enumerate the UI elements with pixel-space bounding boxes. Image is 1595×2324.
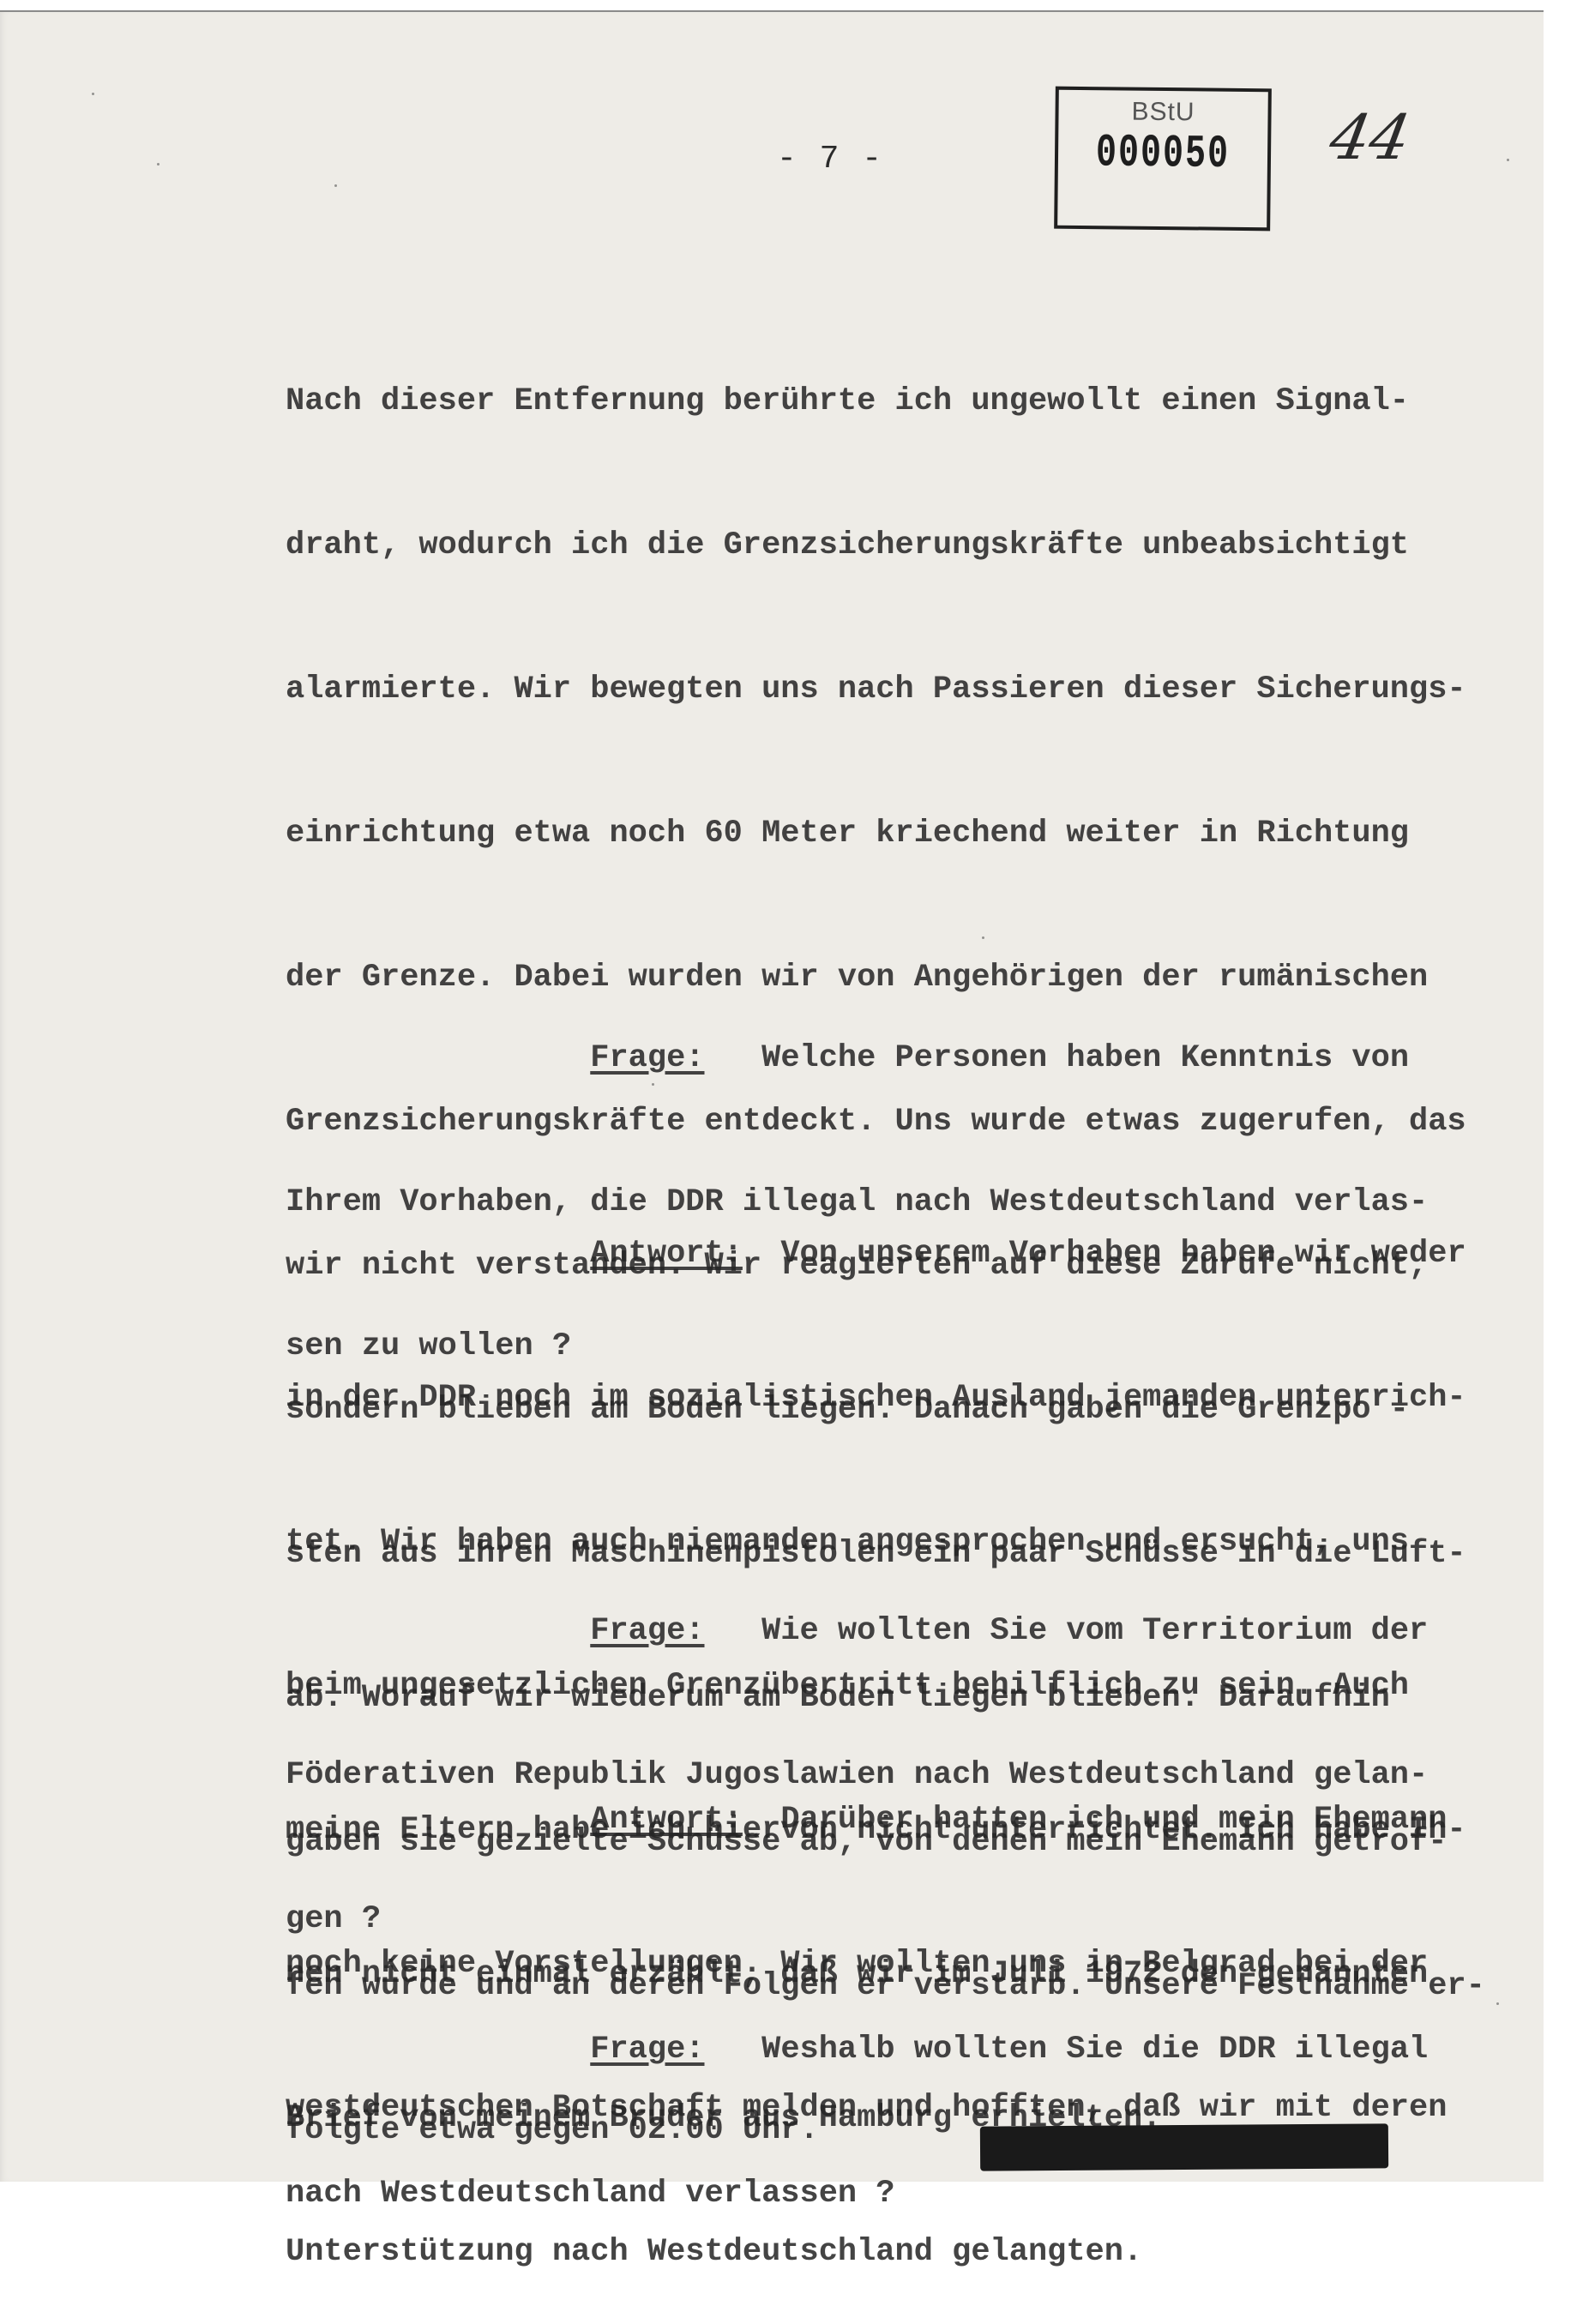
text-line: einrichtung etwa noch 60 Meter kriechend… (286, 810, 1485, 858)
paper-speck (334, 184, 337, 187)
page-number: - 7 - (777, 141, 883, 178)
text-line: nach Westdeutschland verlassen ? (286, 2170, 1428, 2195)
question-first-line: Frage: Welche Personen haben Kenntnis vo… (286, 1034, 1428, 1082)
stamp-number: 000050 (1058, 128, 1268, 182)
question-text: Weshalb wollten Sie die DDR illegal (705, 2032, 1429, 2068)
paper-speck (92, 93, 94, 95)
text-line: Nach dieser Entfernung berührte ich unge… (286, 377, 1485, 425)
question-text: Wie wollten Sie vom Territorium der (705, 1613, 1429, 1649)
paper-speck (157, 163, 159, 166)
text-line: alarmierte. Wir bewegten uns nach Passie… (286, 665, 1485, 713)
paper-speck (1496, 2002, 1499, 2005)
stamp-label: BStU (1058, 97, 1267, 129)
question-label: Frage: (590, 2032, 704, 2068)
redaction-bar (980, 2123, 1388, 2170)
question-first-line: Frage: Weshalb wollten Sie die DDR illeg… (286, 2026, 1428, 2074)
answer-text: Darüber hatten ich und mein Ehemann (743, 1802, 1448, 1838)
answer-text: Von unserem Vorhaben haben wir weder (743, 1236, 1466, 1272)
archive-stamp: BStU 000050 (1054, 87, 1272, 232)
handwritten-folio-number: 44 (1325, 101, 1416, 173)
question-label: Frage: (590, 1040, 704, 1076)
answer-label: Antwort: (590, 1802, 743, 1838)
question-first-line: Frage: Wie wollten Sie vom Territorium d… (286, 1607, 1428, 1655)
paper-speck (652, 1083, 654, 1086)
question-text: Welche Personen haben Kenntnis von (705, 1040, 1410, 1076)
question-label: Frage: (590, 1613, 704, 1649)
answer-first-line: Antwort: Von unserem Vorhaben haben wir … (286, 1230, 1466, 1278)
text-line: draht, wodurch ich die Grenzsicherungskr… (286, 521, 1485, 569)
answer-first-line: Antwort: Darüber hatten ich und mein Ehe… (286, 1796, 1447, 1844)
paper-speck (982, 936, 984, 939)
paper-speck (1507, 159, 1509, 161)
text-line: in der DDR noch im sozialistischen Ausla… (286, 1374, 1466, 1422)
answer-label: Antwort: (590, 1236, 743, 1272)
